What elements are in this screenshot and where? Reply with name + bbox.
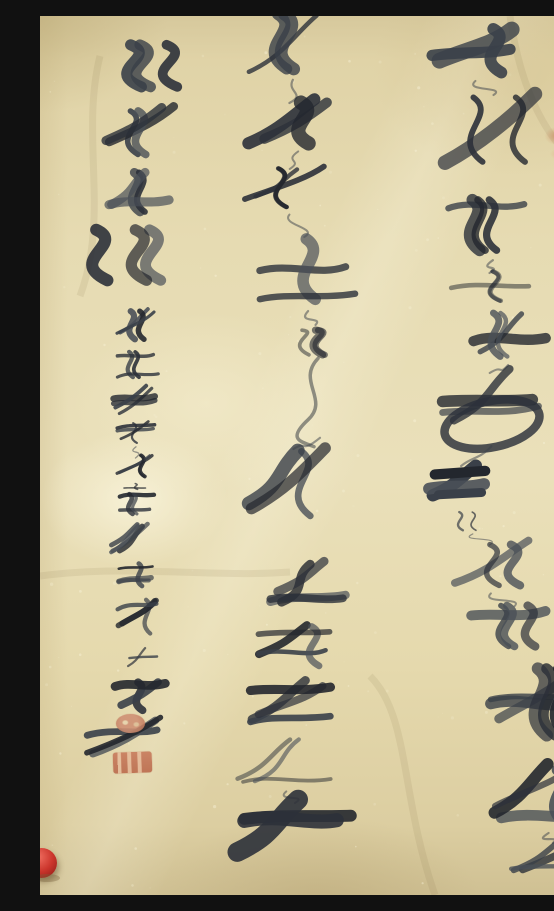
calligraphy-character [260, 239, 355, 299]
calligraphy-character [128, 648, 157, 666]
calligraphy-character [455, 541, 529, 586]
calligraphy-character [106, 106, 174, 154]
calligraphy-character [120, 494, 154, 514]
calligraphy-character [270, 561, 345, 602]
calligraphy-character [238, 739, 331, 782]
calligraphy-character [448, 200, 524, 251]
calligraphy-character [440, 369, 544, 457]
calligraphy-column-1 [429, 29, 554, 883]
calligraphy-character [451, 271, 529, 300]
square-seal-after-signature [113, 751, 153, 773]
calligraphy-character [249, 448, 325, 516]
calligraphy-character [118, 600, 157, 634]
calligraphy-character [458, 512, 476, 530]
calligraphy-character [114, 386, 156, 414]
calligraphy-character [115, 682, 165, 710]
calligraphy-character [245, 167, 324, 208]
calligraphy-character [297, 330, 325, 447]
calligraphy-character [495, 764, 554, 823]
calligraphy-character [117, 455, 152, 476]
calligraphy-character [127, 45, 178, 87]
calligraphy-column-2 [237, 16, 355, 852]
calligraphy-column-3 [92, 45, 177, 280]
calligraphy-character [92, 230, 161, 280]
calligraphy-character [117, 352, 158, 377]
calligraphy-character [111, 524, 147, 552]
calligraphy-scroll-photo: 独怜幽草涧边生 上有黄鹂深树鸣 春潮带雨晚来急 野渡无人舟自横 — 唐韦应物诗一… [40, 16, 554, 895]
calligraphy-character [248, 99, 326, 143]
calligraphy-character [511, 838, 554, 882]
calligraphy-character [249, 16, 317, 72]
calligraphy-character [471, 606, 545, 647]
calligraphy-character [117, 422, 154, 443]
inscription-column [87, 309, 165, 754]
calligraphy-character [429, 466, 485, 496]
calligraphy-character [117, 309, 154, 339]
calligraphy-character [250, 681, 330, 722]
calligraphy-character [109, 172, 169, 212]
faint-seal-top-right [544, 127, 554, 163]
calligraphy-character [445, 94, 535, 163]
calligraphy-character [258, 625, 329, 666]
calligraphy-character [124, 484, 146, 490]
calligraphy-character [474, 313, 546, 357]
calligraphy-character [119, 564, 153, 586]
oval-seal-after-signature [116, 714, 145, 733]
calligraphy-character [432, 29, 512, 73]
calligraphy-character [491, 664, 554, 736]
calligraphy-character [237, 800, 350, 853]
